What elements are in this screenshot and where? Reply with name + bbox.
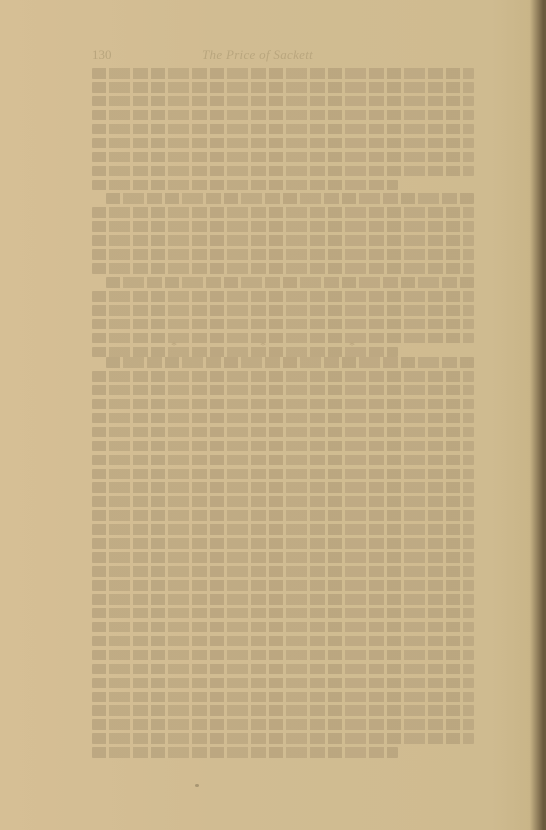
text-line [92, 96, 474, 107]
text-line [92, 249, 474, 260]
text-line [92, 622, 474, 633]
text-line [92, 305, 474, 316]
text-line [92, 413, 474, 424]
text-line [92, 580, 474, 591]
text-line [92, 166, 474, 177]
text-line [92, 291, 474, 302]
text-line [92, 705, 474, 716]
text-line [92, 180, 398, 191]
text-block-2 [92, 357, 474, 761]
text-line [92, 221, 474, 232]
scene-break: * * * [92, 338, 474, 353]
text-line [106, 277, 474, 288]
text-line [92, 371, 474, 382]
text-line [92, 152, 474, 163]
text-line [106, 193, 474, 204]
text-line [92, 68, 474, 79]
text-line [92, 110, 474, 121]
text-line [92, 441, 474, 452]
text-line [106, 357, 474, 368]
text-line [92, 385, 474, 396]
text-line [92, 538, 474, 549]
text-line [92, 733, 474, 744]
page-blemish [195, 784, 199, 787]
text-line [92, 207, 474, 218]
text-line [92, 594, 474, 605]
book-page: 130 The Price of Sackett * * * [0, 0, 546, 830]
text-line [92, 552, 474, 563]
text-line [92, 469, 474, 480]
text-line [92, 482, 474, 493]
text-line [92, 427, 474, 438]
text-line [92, 319, 474, 330]
text-line [92, 124, 474, 135]
text-line [92, 524, 474, 535]
text-line [92, 82, 474, 93]
text-line [92, 263, 474, 274]
text-line [92, 664, 474, 675]
text-line [92, 608, 474, 619]
text-line [92, 510, 474, 521]
text-line [92, 399, 474, 410]
text-line [92, 455, 474, 466]
text-line [92, 692, 474, 703]
page-header: 130 The Price of Sackett [92, 47, 472, 65]
text-block-1 [92, 68, 474, 361]
text-line [92, 138, 474, 149]
page-number: 130 [92, 47, 112, 63]
text-line [92, 747, 398, 758]
text-line [92, 496, 474, 507]
text-line [92, 719, 474, 730]
text-line [92, 636, 474, 647]
text-line [92, 566, 474, 577]
text-line [92, 678, 474, 689]
running-header: The Price of Sackett [202, 47, 313, 63]
text-line [92, 235, 474, 246]
text-line [92, 650, 474, 661]
